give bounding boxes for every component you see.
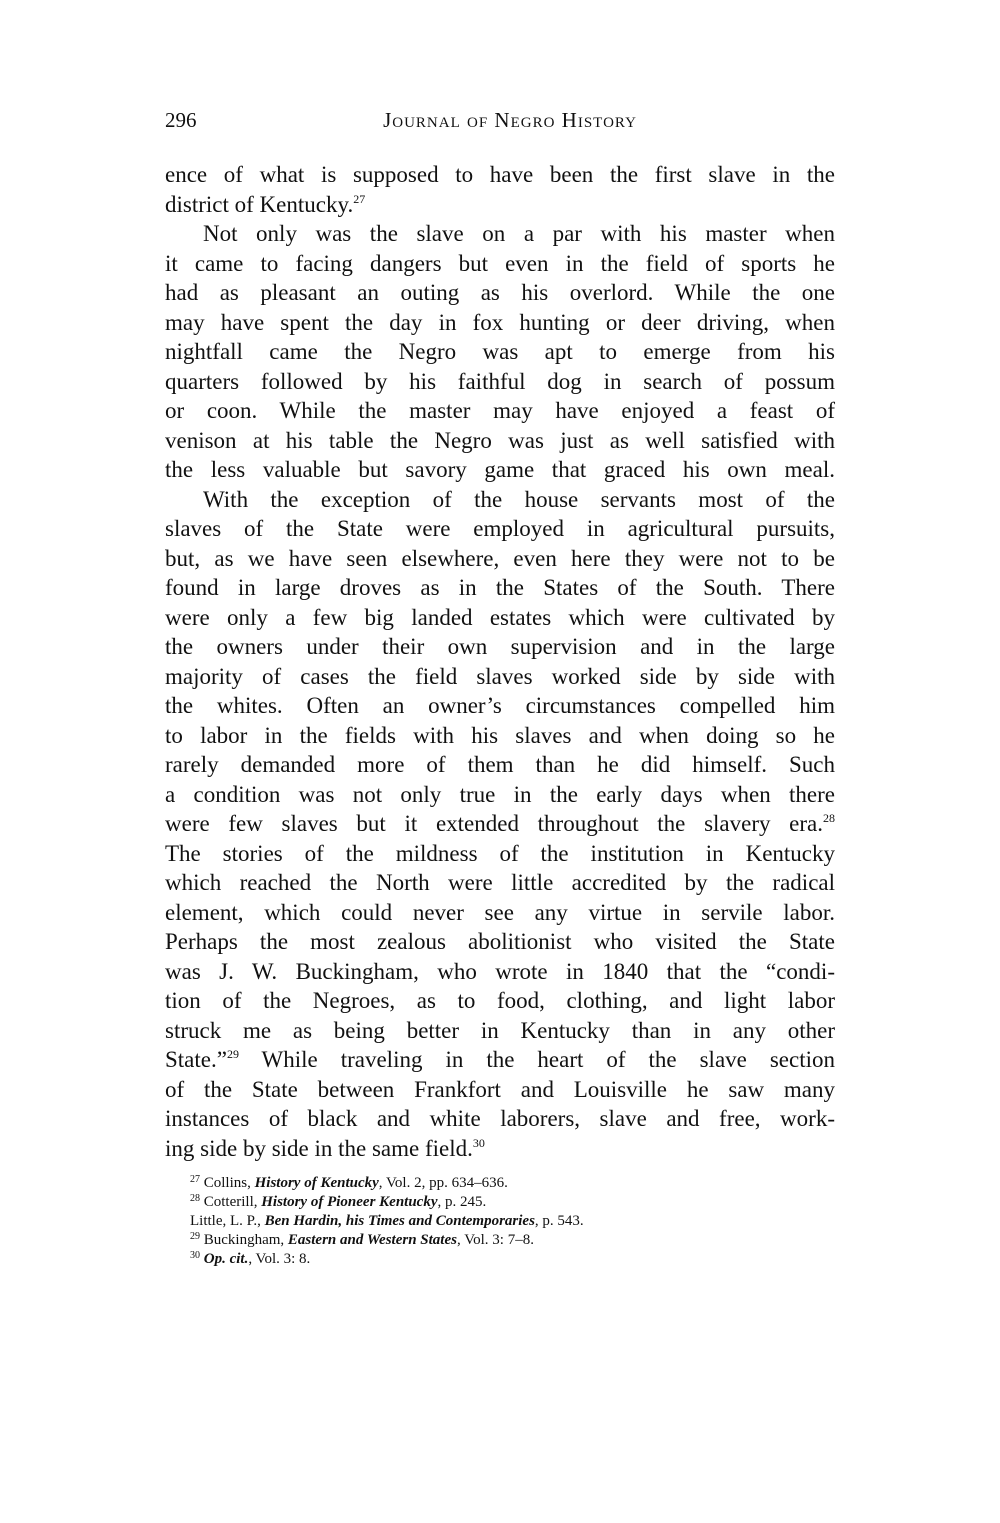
text-line: ence of what is supposed to have been th…	[165, 160, 835, 190]
text-line: was J. W. Buckingham, who wrote in 1840 …	[165, 957, 835, 987]
footnote-author: Cotterill,	[204, 1194, 262, 1210]
text-line: district of Kentucky.27	[165, 190, 835, 220]
line-text: rarely demanded more of them than he did…	[165, 752, 835, 777]
text-line: the whites. Often an owner’s circumstanc…	[165, 691, 835, 721]
footnote-number: 28	[190, 1193, 200, 1204]
line-text: Not only was the slave on a par with his…	[203, 221, 835, 246]
line-text: State.”	[165, 1047, 227, 1072]
line-text: The stories of the mildness of the insti…	[165, 841, 835, 866]
footnote-ref[interactable]: 28	[823, 811, 835, 825]
text-line: State.”29 While traveling in the heart o…	[165, 1045, 835, 1075]
footnote-title: Op. cit.	[204, 1251, 249, 1267]
footnote-ref[interactable]: 29	[227, 1047, 239, 1061]
footnote-author: Collins,	[204, 1175, 255, 1191]
body-text: ence of what is supposed to have been th…	[165, 160, 835, 1163]
footnote-citation: , Vol. 3: 8.	[248, 1251, 310, 1267]
footnote-number: 30	[190, 1250, 200, 1261]
text-line: rarely demanded more of them than he did…	[165, 750, 835, 780]
line-text: found in large droves as in the States o…	[165, 575, 835, 600]
line-text: nightfall came the Negro was apt to emer…	[165, 339, 835, 364]
line-text: to labor in the fields with his slaves a…	[165, 723, 835, 748]
text-line: ing side by side in the same field.30	[165, 1134, 835, 1164]
line-text: district of Kentucky.	[165, 192, 353, 217]
footnote-author: Little, L. P.,	[190, 1213, 265, 1229]
footnote-title: Ben Hardin, his Times and Contemporaries	[265, 1213, 535, 1229]
line-text: were only a few big landed estates which…	[165, 605, 835, 630]
line-text: the less valuable but savory game that g…	[165, 457, 835, 482]
text-line: The stories of the mildness of the insti…	[165, 839, 835, 869]
page-header: 296 Journal of Negro History	[165, 108, 835, 138]
text-line: majority of cases the field slaves worke…	[165, 662, 835, 692]
footnote: 30 Op. cit., Vol. 3: 8.	[190, 1250, 830, 1269]
text-line: Not only was the slave on a par with his…	[165, 219, 835, 249]
text-line: the less valuable but savory game that g…	[165, 455, 835, 485]
text-line: of the State between Frankfort and Louis…	[165, 1075, 835, 1105]
footnotes: 27 Collins, History of Kentucky, Vol. 2,…	[190, 1174, 830, 1269]
text-line: it came to facing dangers but even in th…	[165, 249, 835, 279]
line-text: but, as we have seen elsewhere, even her…	[165, 546, 835, 571]
text-line: nightfall came the Negro was apt to emer…	[165, 337, 835, 367]
text-line: which reached the North were little accr…	[165, 868, 835, 898]
footnote: 27 Collins, History of Kentucky, Vol. 2,…	[190, 1174, 830, 1193]
footnote-ref[interactable]: 30	[473, 1136, 485, 1150]
line-text: instances of black and white laborers, s…	[165, 1106, 835, 1131]
line-text: venison at his table the Negro was just …	[165, 428, 835, 453]
footnote-citation: , p. 245.	[438, 1194, 487, 1210]
footnote-citation: , Vol. 2, pp. 634–636.	[379, 1175, 508, 1191]
text-line: had as pleasant an outing as his overlor…	[165, 278, 835, 308]
text-line: quarters followed by his faithful dog in…	[165, 367, 835, 397]
text-line: were few slaves but it extended througho…	[165, 809, 835, 839]
line-text: element, which could never see any virtu…	[165, 900, 835, 925]
footnote: 28 Cotterill, History of Pioneer Kentuck…	[190, 1193, 830, 1212]
text-line: the owners under their own supervision a…	[165, 632, 835, 662]
line-text: were few slaves but it extended througho…	[165, 811, 823, 836]
text-line: slaves of the State were employed in agr…	[165, 514, 835, 544]
footnote-number: 29	[190, 1231, 200, 1242]
line-text: the whites. Often an owner’s circumstanc…	[165, 693, 835, 718]
footnote-number: 27	[190, 1174, 200, 1185]
text-line: a condition was not only true in the ear…	[165, 780, 835, 810]
text-line: to labor in the fields with his slaves a…	[165, 721, 835, 751]
footnote-citation: , p. 543.	[535, 1213, 584, 1229]
text-line: may have spent the day in fox hunting or…	[165, 308, 835, 338]
line-text: quarters followed by his faithful dog in…	[165, 369, 835, 394]
line-text: the owners under their own supervision a…	[165, 634, 835, 659]
line-text: it came to facing dangers but even in th…	[165, 251, 835, 276]
line-text: of the State between Frankfort and Louis…	[165, 1077, 835, 1102]
footnote: 29 Buckingham, Eastern and Western State…	[190, 1231, 830, 1250]
text-line: but, as we have seen elsewhere, even her…	[165, 544, 835, 574]
footnote-title: Eastern and Western States	[288, 1232, 457, 1248]
text-line: With the exception of the house servants…	[165, 485, 835, 515]
line-text: Perhaps the most zealous abolitionist wh…	[165, 929, 835, 954]
line-text: majority of cases the field slaves worke…	[165, 664, 835, 689]
footnote-author: Buckingham,	[204, 1232, 288, 1248]
line-text: ence of what is supposed to have been th…	[165, 162, 835, 187]
footnote: Little, L. P., Ben Hardin, his Times and…	[190, 1212, 830, 1231]
line-text: slaves of the State were employed in agr…	[165, 516, 835, 541]
text-line: venison at his table the Negro was just …	[165, 426, 835, 456]
running-head: Journal of Negro History	[165, 108, 835, 133]
line-text-continued: While traveling in the heart of the slav…	[239, 1047, 835, 1072]
line-text: ing side by side in the same field.	[165, 1136, 473, 1161]
footnote-title: History of Pioneer Kentucky	[261, 1194, 437, 1210]
line-text: had as pleasant an outing as his overlor…	[165, 280, 835, 305]
footnote-ref[interactable]: 27	[353, 192, 365, 206]
line-text: With the exception of the house servants…	[203, 487, 835, 512]
line-text: which reached the North were little accr…	[165, 870, 835, 895]
text-line: struck me as being better in Kentucky th…	[165, 1016, 835, 1046]
text-line: tion of the Negroes, as to food, clothin…	[165, 986, 835, 1016]
line-text: struck me as being better in Kentucky th…	[165, 1018, 835, 1043]
line-text: tion of the Negroes, as to food, clothin…	[165, 988, 835, 1013]
line-text: may have spent the day in fox hunting or…	[165, 310, 835, 335]
text-line: Perhaps the most zealous abolitionist wh…	[165, 927, 835, 957]
line-text: was J. W. Buckingham, who wrote in 1840 …	[165, 959, 835, 984]
footnote-title: History of Kentucky	[255, 1175, 379, 1191]
text-line: found in large droves as in the States o…	[165, 573, 835, 603]
text-line: element, which could never see any virtu…	[165, 898, 835, 928]
text-line: or coon. While the master may have enjoy…	[165, 396, 835, 426]
text-line: instances of black and white laborers, s…	[165, 1104, 835, 1134]
text-line: were only a few big landed estates which…	[165, 603, 835, 633]
line-text: or coon. While the master may have enjoy…	[165, 398, 835, 423]
footnote-citation: , Vol. 3: 7–8.	[457, 1232, 534, 1248]
line-text: a condition was not only true in the ear…	[165, 782, 835, 807]
